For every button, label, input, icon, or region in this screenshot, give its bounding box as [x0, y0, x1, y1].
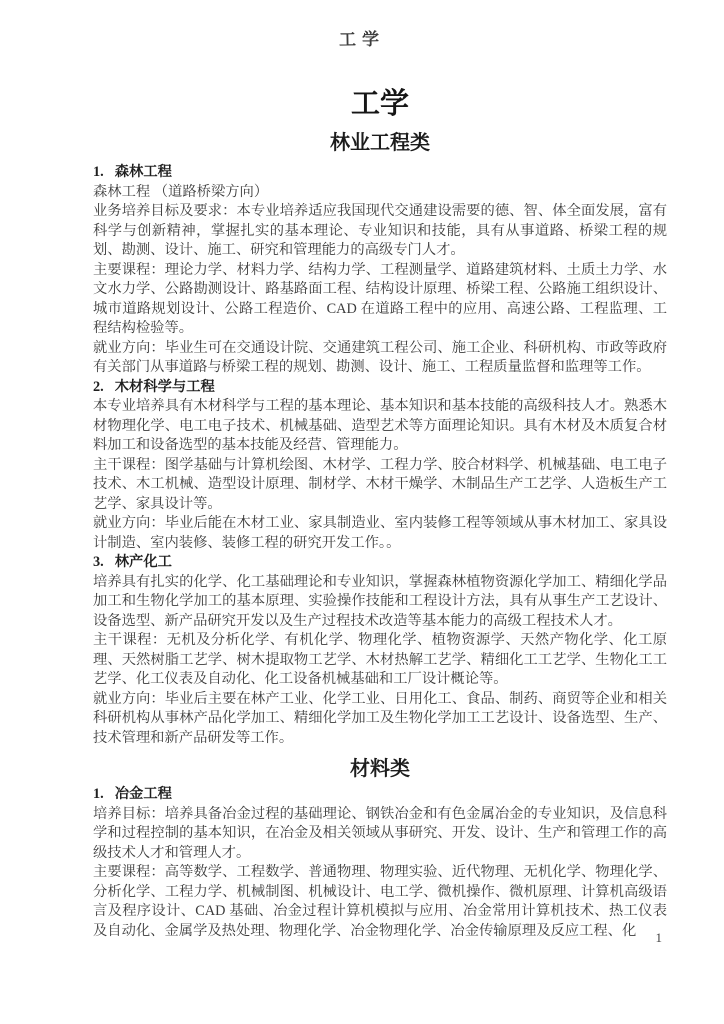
- category-heading-forestry: 林业工程类: [93, 128, 667, 158]
- major-heading-metallurgy: 1.冶金工程: [93, 785, 667, 805]
- major-paragraph: 主干课程：图学基础与计算机绘图、木材学、工程力学、胶合材料学、机械基础、电工电子…: [93, 456, 667, 515]
- header-annotation: 工学: [0, 22, 724, 59]
- major-number: 2.: [93, 378, 104, 398]
- major-paragraph: 就业方向：毕业生可在交通设计院、交通建筑工程公司、施工企业、科研机构、市政等政府…: [93, 339, 667, 378]
- major-paragraph: 就业方向：毕业后能在木材工业、家具制造业、室内装修工程等领域从事木材加工、家具设…: [93, 514, 667, 553]
- major-paragraph: 就业方向：毕业后主要在林产工业、化学工业、日用化工、食品、制药、商贸等企业和相关…: [93, 690, 667, 749]
- category-heading-materials: 材料类: [93, 755, 667, 783]
- major-title: 木材科学与工程: [115, 379, 215, 395]
- major-heading-wood-science: 2.木材科学与工程: [93, 378, 667, 398]
- major-paragraph: 主要课程：高等数学、工程数学、普通物理、物理实验、近代物理、无机化学、物理化学、…: [93, 863, 667, 941]
- major-paragraph: 业务培养目标及要求：本专业培养适应我国现代交通建设需要的德、智、体全面发展，富有…: [93, 202, 667, 261]
- major-paragraph: 培养目标：培养具备冶金过程的基础理论、钢铁冶金和有色金属冶金的专业知识，及信息科…: [93, 805, 667, 864]
- major-number: 1.: [93, 163, 104, 183]
- major-heading-forest-chemical: 3.林产化工: [93, 553, 667, 573]
- major-heading-forest-engineering: 1.森林工程: [93, 163, 667, 183]
- major-number: 1.: [93, 785, 104, 805]
- major-paragraph: 主干课程：无机及分析化学、有机化学、物理化学、植物资源学、天然产物化学、化工原理…: [93, 631, 667, 690]
- major-paragraph: 森林工程 （道路桥梁方向）: [93, 183, 667, 203]
- major-title: 冶金工程: [115, 786, 172, 802]
- major-paragraph: 本专业培养具有木材科学与工程的基本理论、基本知识和基本技能的高级科技人才。熟悉木…: [93, 397, 667, 456]
- major-title: 森林工程: [115, 164, 172, 180]
- major-paragraph: 培养具有扎实的化学、化工基础理论和专业知识，掌握森林植物资源化学加工、精细化学品…: [93, 573, 667, 632]
- document-page: 工学 工学 林业工程类 1.森林工程 森林工程 （道路桥梁方向） 业务培养目标及…: [0, 0, 724, 1024]
- document-content: 工学 林业工程类 1.森林工程 森林工程 （道路桥梁方向） 业务培养目标及要求：…: [93, 84, 667, 941]
- document-title: 工学: [93, 84, 667, 124]
- page-number: 1: [656, 929, 663, 947]
- major-paragraph: 主要课程：理论力学、材料力学、结构力学、工程测量学、道路建筑材料、土质土力学、水…: [93, 261, 667, 339]
- major-title: 林产化工: [115, 554, 172, 570]
- major-number: 3.: [93, 553, 104, 573]
